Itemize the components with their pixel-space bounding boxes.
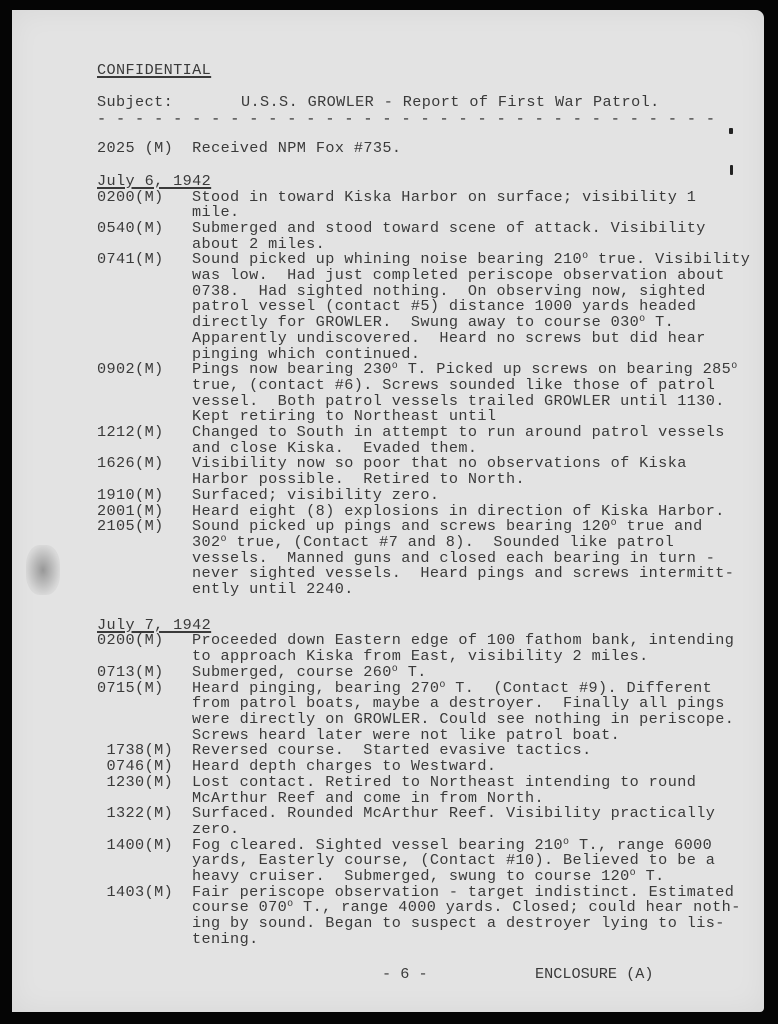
degree-mark: o bbox=[439, 680, 445, 691]
entry-text: Proceeded down Eastern edge of 100 fatho… bbox=[192, 633, 752, 664]
log-entry: 0200(M)Proceeded down Eastern edge of 10… bbox=[97, 633, 757, 664]
entry-time: 1212(M) bbox=[97, 425, 192, 456]
log-entry: 1403(M)Fair periscope observation - targ… bbox=[97, 885, 757, 948]
report-body: CONFIDENTIAL Subject: U.S.S. GROWLER - R… bbox=[97, 63, 757, 948]
entry-time: 0200(M) bbox=[97, 633, 192, 664]
entry-text: Surfaced. Rounded McArthur Reef. Visibil… bbox=[192, 806, 752, 837]
degree-mark: o bbox=[287, 899, 293, 910]
section-july-7: July 7, 1942 0200(M)Proceeded down Easte… bbox=[97, 618, 757, 948]
log-entry: 1230(M)Lost contact. Retired to Northeas… bbox=[97, 775, 757, 806]
degree-mark: o bbox=[582, 251, 588, 262]
entry-list: 0200(M)Proceeded down Eastern edge of 10… bbox=[97, 633, 757, 947]
entry-text: Pings now bearing 230o T. Picked up scre… bbox=[192, 362, 752, 425]
entry-time: 1400(M) bbox=[97, 838, 192, 885]
enclosure-label: ENCLOSURE (A) bbox=[535, 965, 653, 983]
entry-text: Changed to South in attempt to run aroun… bbox=[192, 425, 752, 456]
entry-time: 1626(M) bbox=[97, 456, 192, 487]
entry-time: 0741(M) bbox=[97, 252, 192, 362]
entry-time: 0715(M) bbox=[97, 681, 192, 744]
degree-mark: o bbox=[630, 868, 636, 879]
section-july-6: July 6, 1942 0200(M)Stood in toward Kisk… bbox=[97, 174, 757, 598]
degree-mark: o bbox=[731, 361, 737, 372]
entry-text: Sound picked up pings and screws bearing… bbox=[192, 519, 752, 598]
page-number: - 6 - bbox=[382, 965, 428, 983]
log-entry: 0540(M)Submerged and stood toward scene … bbox=[97, 221, 757, 252]
scan-smudge bbox=[26, 545, 60, 595]
entry-time: 0540(M) bbox=[97, 221, 192, 252]
degree-mark: o bbox=[392, 664, 398, 675]
degree-mark: o bbox=[221, 534, 227, 545]
degree-mark: o bbox=[639, 314, 645, 325]
entry-text: Visibility now so poor that no observati… bbox=[192, 456, 752, 487]
log-entry: 0902(M)Pings now bearing 230o T. Picked … bbox=[97, 362, 757, 425]
entry-list: 0200(M)Stood in toward Kiska Harbor on s… bbox=[97, 190, 757, 598]
entry-time: 0200(M) bbox=[97, 190, 192, 221]
log-entry: 2105(M)Sound picked up pings and screws … bbox=[97, 519, 757, 598]
entry-text: Heard pinging, bearing 270o T. (Contact … bbox=[192, 681, 752, 744]
entry-text: Sound picked up whining noise bearing 21… bbox=[192, 252, 752, 362]
degree-mark: o bbox=[563, 837, 569, 848]
entry-text: Submerged and stood toward scene of atta… bbox=[192, 221, 752, 252]
entry-time: 1403(M) bbox=[97, 885, 192, 948]
entry-text: Stood in toward Kiska Harbor on surface;… bbox=[192, 190, 752, 221]
subject-label: Subject: bbox=[97, 95, 241, 111]
lead-entry: 2025 (M) Received NPM Fox #735. bbox=[97, 141, 757, 157]
entry-time: 1230(M) bbox=[97, 775, 192, 806]
log-entry: 1626(M)Visibility now so poor that no ob… bbox=[97, 456, 757, 487]
degree-mark: o bbox=[392, 361, 398, 372]
classification-marking: CONFIDENTIAL bbox=[97, 63, 757, 79]
subject-text: U.S.S. GROWLER - Report of First War Pat… bbox=[241, 95, 660, 111]
entry-text: Lost contact. Retired to Northeast inten… bbox=[192, 775, 752, 806]
log-entry: 0200(M)Stood in toward Kiska Harbor on s… bbox=[97, 190, 757, 221]
log-entry: 0741(M)Sound picked up whining noise bea… bbox=[97, 252, 757, 362]
log-entry: 0715(M)Heard pinging, bearing 270o T. (C… bbox=[97, 681, 757, 744]
entry-time: 1322(M) bbox=[97, 806, 192, 837]
log-entry: 1400(M)Fog cleared. Sighted vessel beari… bbox=[97, 838, 757, 885]
separator-line: - - - - - - - - - - - - - - - - - - - - … bbox=[97, 112, 757, 128]
entry-text: Fair periscope observation - target indi… bbox=[192, 885, 752, 948]
entry-time: 2105(M) bbox=[97, 519, 192, 598]
log-entry: 1212(M)Changed to South in attempt to ru… bbox=[97, 425, 757, 456]
entry-time: 0902(M) bbox=[97, 362, 192, 425]
entry-text: Fog cleared. Sighted vessel bearing 210o… bbox=[192, 838, 752, 885]
degree-mark: o bbox=[611, 518, 617, 529]
log-entry: 1322(M)Surfaced. Rounded McArthur Reef. … bbox=[97, 806, 757, 837]
subject-line: Subject: U.S.S. GROWLER - Report of Firs… bbox=[97, 95, 757, 111]
